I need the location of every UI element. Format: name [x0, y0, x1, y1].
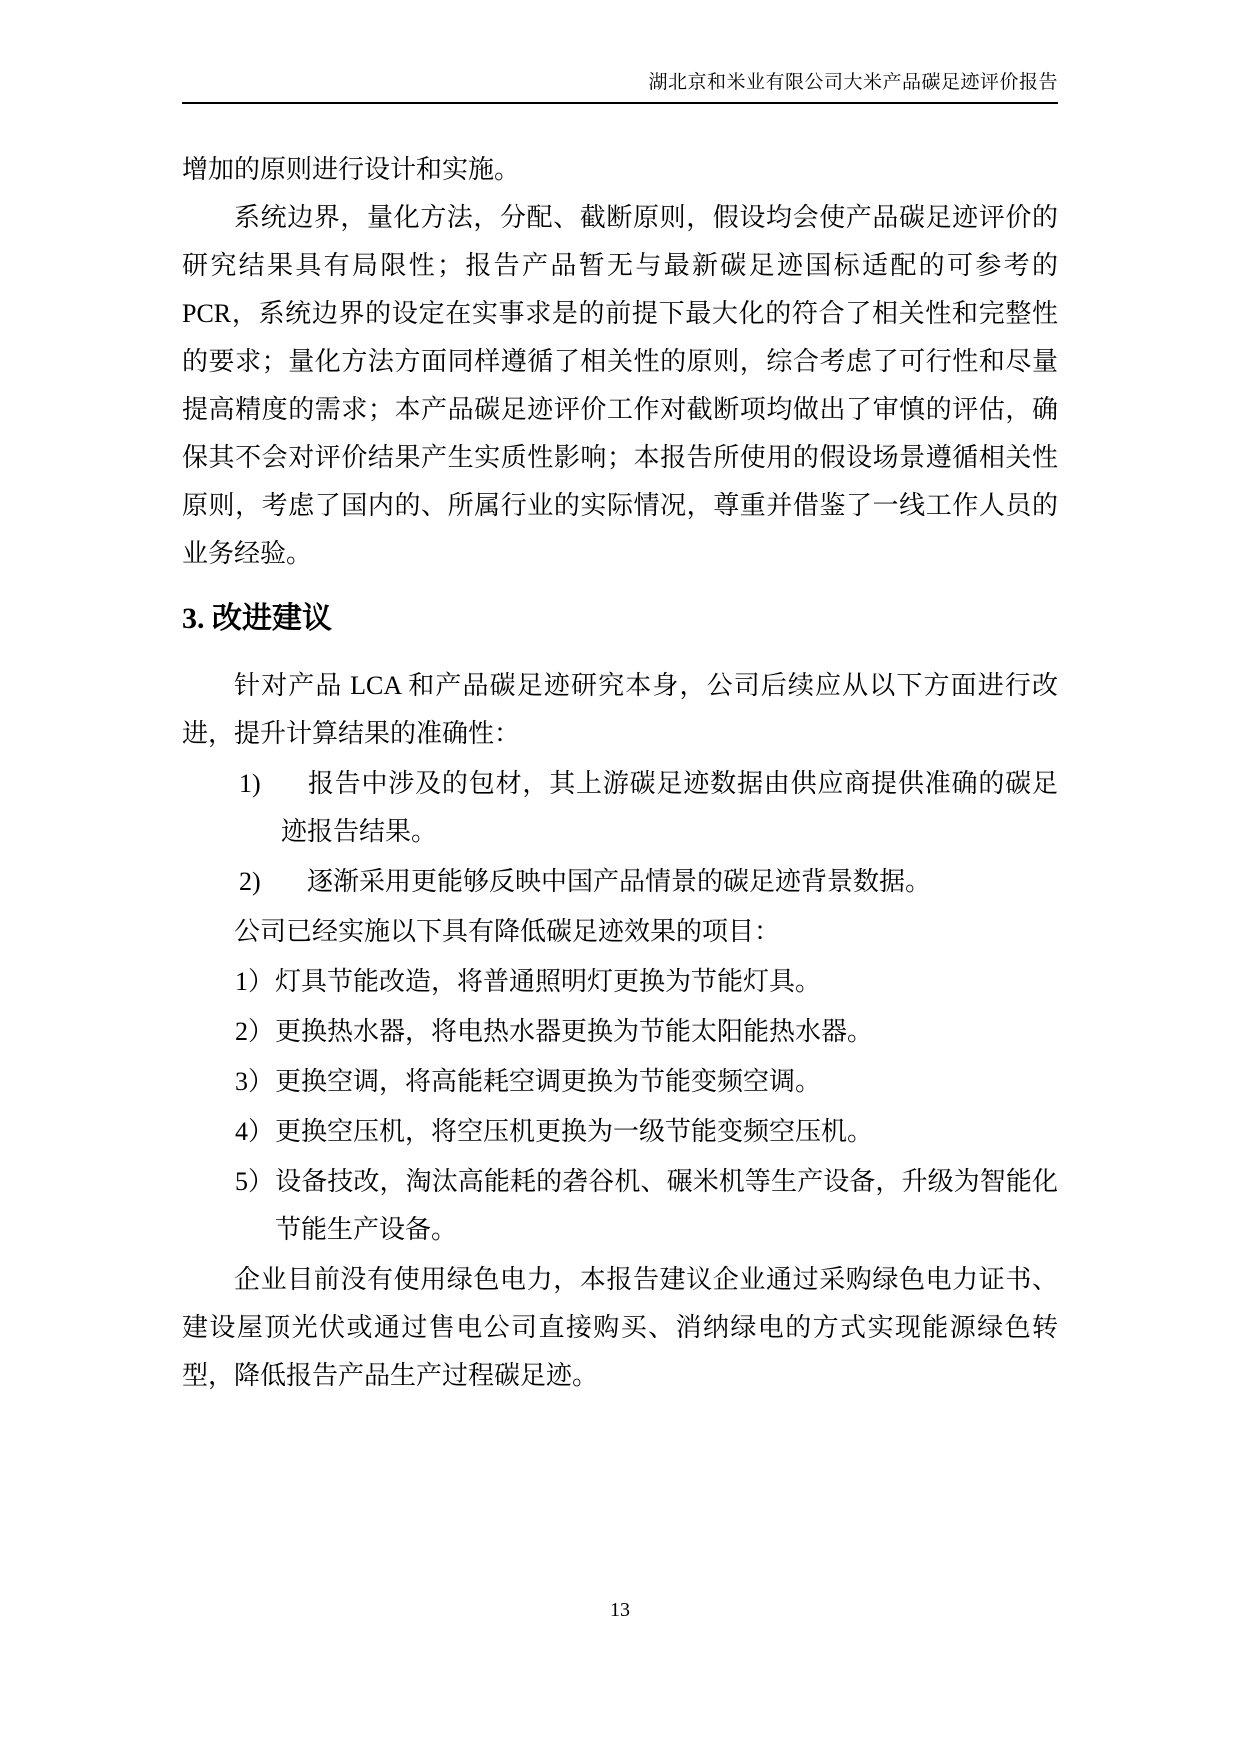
- body-text: 增加的原则进行设计和实施。 系统边界，量化方法，分配、截断原则，假设均会使产品碳…: [182, 146, 1058, 1400]
- page-content: 湖北京和米业有限公司大米产品碳足迹评价报告 增加的原则进行设计和实施。 系统边界…: [182, 0, 1058, 1400]
- paragraph-continued-from-previous-page: 增加的原则进行设计和实施。: [182, 146, 1058, 194]
- page-number: 13: [0, 1598, 1240, 1622]
- paragraph-green-power: 企业目前没有使用绿色电力，本报告建议企业通过采购绿色电力证书、建设屋顶光伏或通过…: [182, 1256, 1058, 1400]
- running-header: 湖北京和米业有限公司大米产品碳足迹评价报告: [182, 0, 1058, 104]
- list-item-text: 报告中涉及的包材，其上游碳足迹数据由供应商提供准确的碳足迹报告结果。: [281, 769, 1058, 846]
- list-item-marker: 2）: [235, 1008, 275, 1056]
- list-item-marker: 3）: [235, 1058, 275, 1106]
- list-item-text: 灯具节能改造，将普通照明灯更换为节能灯具。: [275, 967, 821, 996]
- list-item: 2)逐渐采用更能够反映中国产品情景的碳足迹背景数据。: [182, 858, 1058, 906]
- section-heading-improvement-suggestions: 3. 改进建议: [182, 598, 1058, 640]
- running-header-title: 湖北京和米业有限公司大米产品碳足迹评价报告: [648, 72, 1058, 93]
- list-item: 1)报告中涉及的包材，其上游碳足迹数据由供应商提供准确的碳足迹报告结果。: [182, 760, 1058, 856]
- list-item-marker: 1): [239, 760, 307, 808]
- list-item: 2）更换热水器，将电热水器更换为节能太阳能热水器。: [182, 1008, 1058, 1056]
- list-item: 4）更换空压机，将空压机更换为一级节能变频空压机。: [182, 1108, 1058, 1156]
- list-item-text: 更换空调，将高能耗空调更换为节能变频空调。: [275, 1067, 821, 1096]
- list-item-marker: 5）: [235, 1158, 275, 1206]
- list-item: 3）更换空调，将高能耗空调更换为节能变频空调。: [182, 1058, 1058, 1106]
- list-item: 5）设备技改，淘汰高能耗的砻谷机、碾米机等生产设备，升级为智能化节能生产设备。: [182, 1158, 1058, 1254]
- list-item-marker: 2): [239, 858, 307, 906]
- list-item-marker: 1）: [235, 958, 275, 1006]
- list-item-text: 更换热水器，将电热水器更换为节能太阳能热水器。: [275, 1017, 873, 1046]
- paragraph-limitations: 系统边界，量化方法，分配、截断原则，假设均会使产品碳足迹评价的研究结果具有局限性…: [182, 194, 1058, 578]
- list-item-marker: 4）: [235, 1108, 275, 1156]
- report-page: 湖北京和米业有限公司大米产品碳足迹评价报告 增加的原则进行设计和实施。 系统边界…: [0, 0, 1240, 1753]
- list-item-text: 逐渐采用更能够反映中国产品情景的碳足迹背景数据。: [307, 867, 931, 896]
- list-item-text: 更换空压机，将空压机更换为一级节能变频空压机。: [275, 1117, 873, 1146]
- paragraph-projects-intro: 公司已经实施以下具有降低碳足迹效果的项目：: [182, 908, 1058, 956]
- list-item: 1）灯具节能改造，将普通照明灯更换为节能灯具。: [182, 958, 1058, 1006]
- list-item-text: 设备技改，淘汰高能耗的砻谷机、碾米机等生产设备，升级为智能化节能生产设备。: [275, 1167, 1058, 1244]
- paragraph-improvement-intro: 针对产品 LCA 和产品碳足迹研究本身，公司后续应从以下方面进行改进，提升计算结…: [182, 662, 1058, 758]
